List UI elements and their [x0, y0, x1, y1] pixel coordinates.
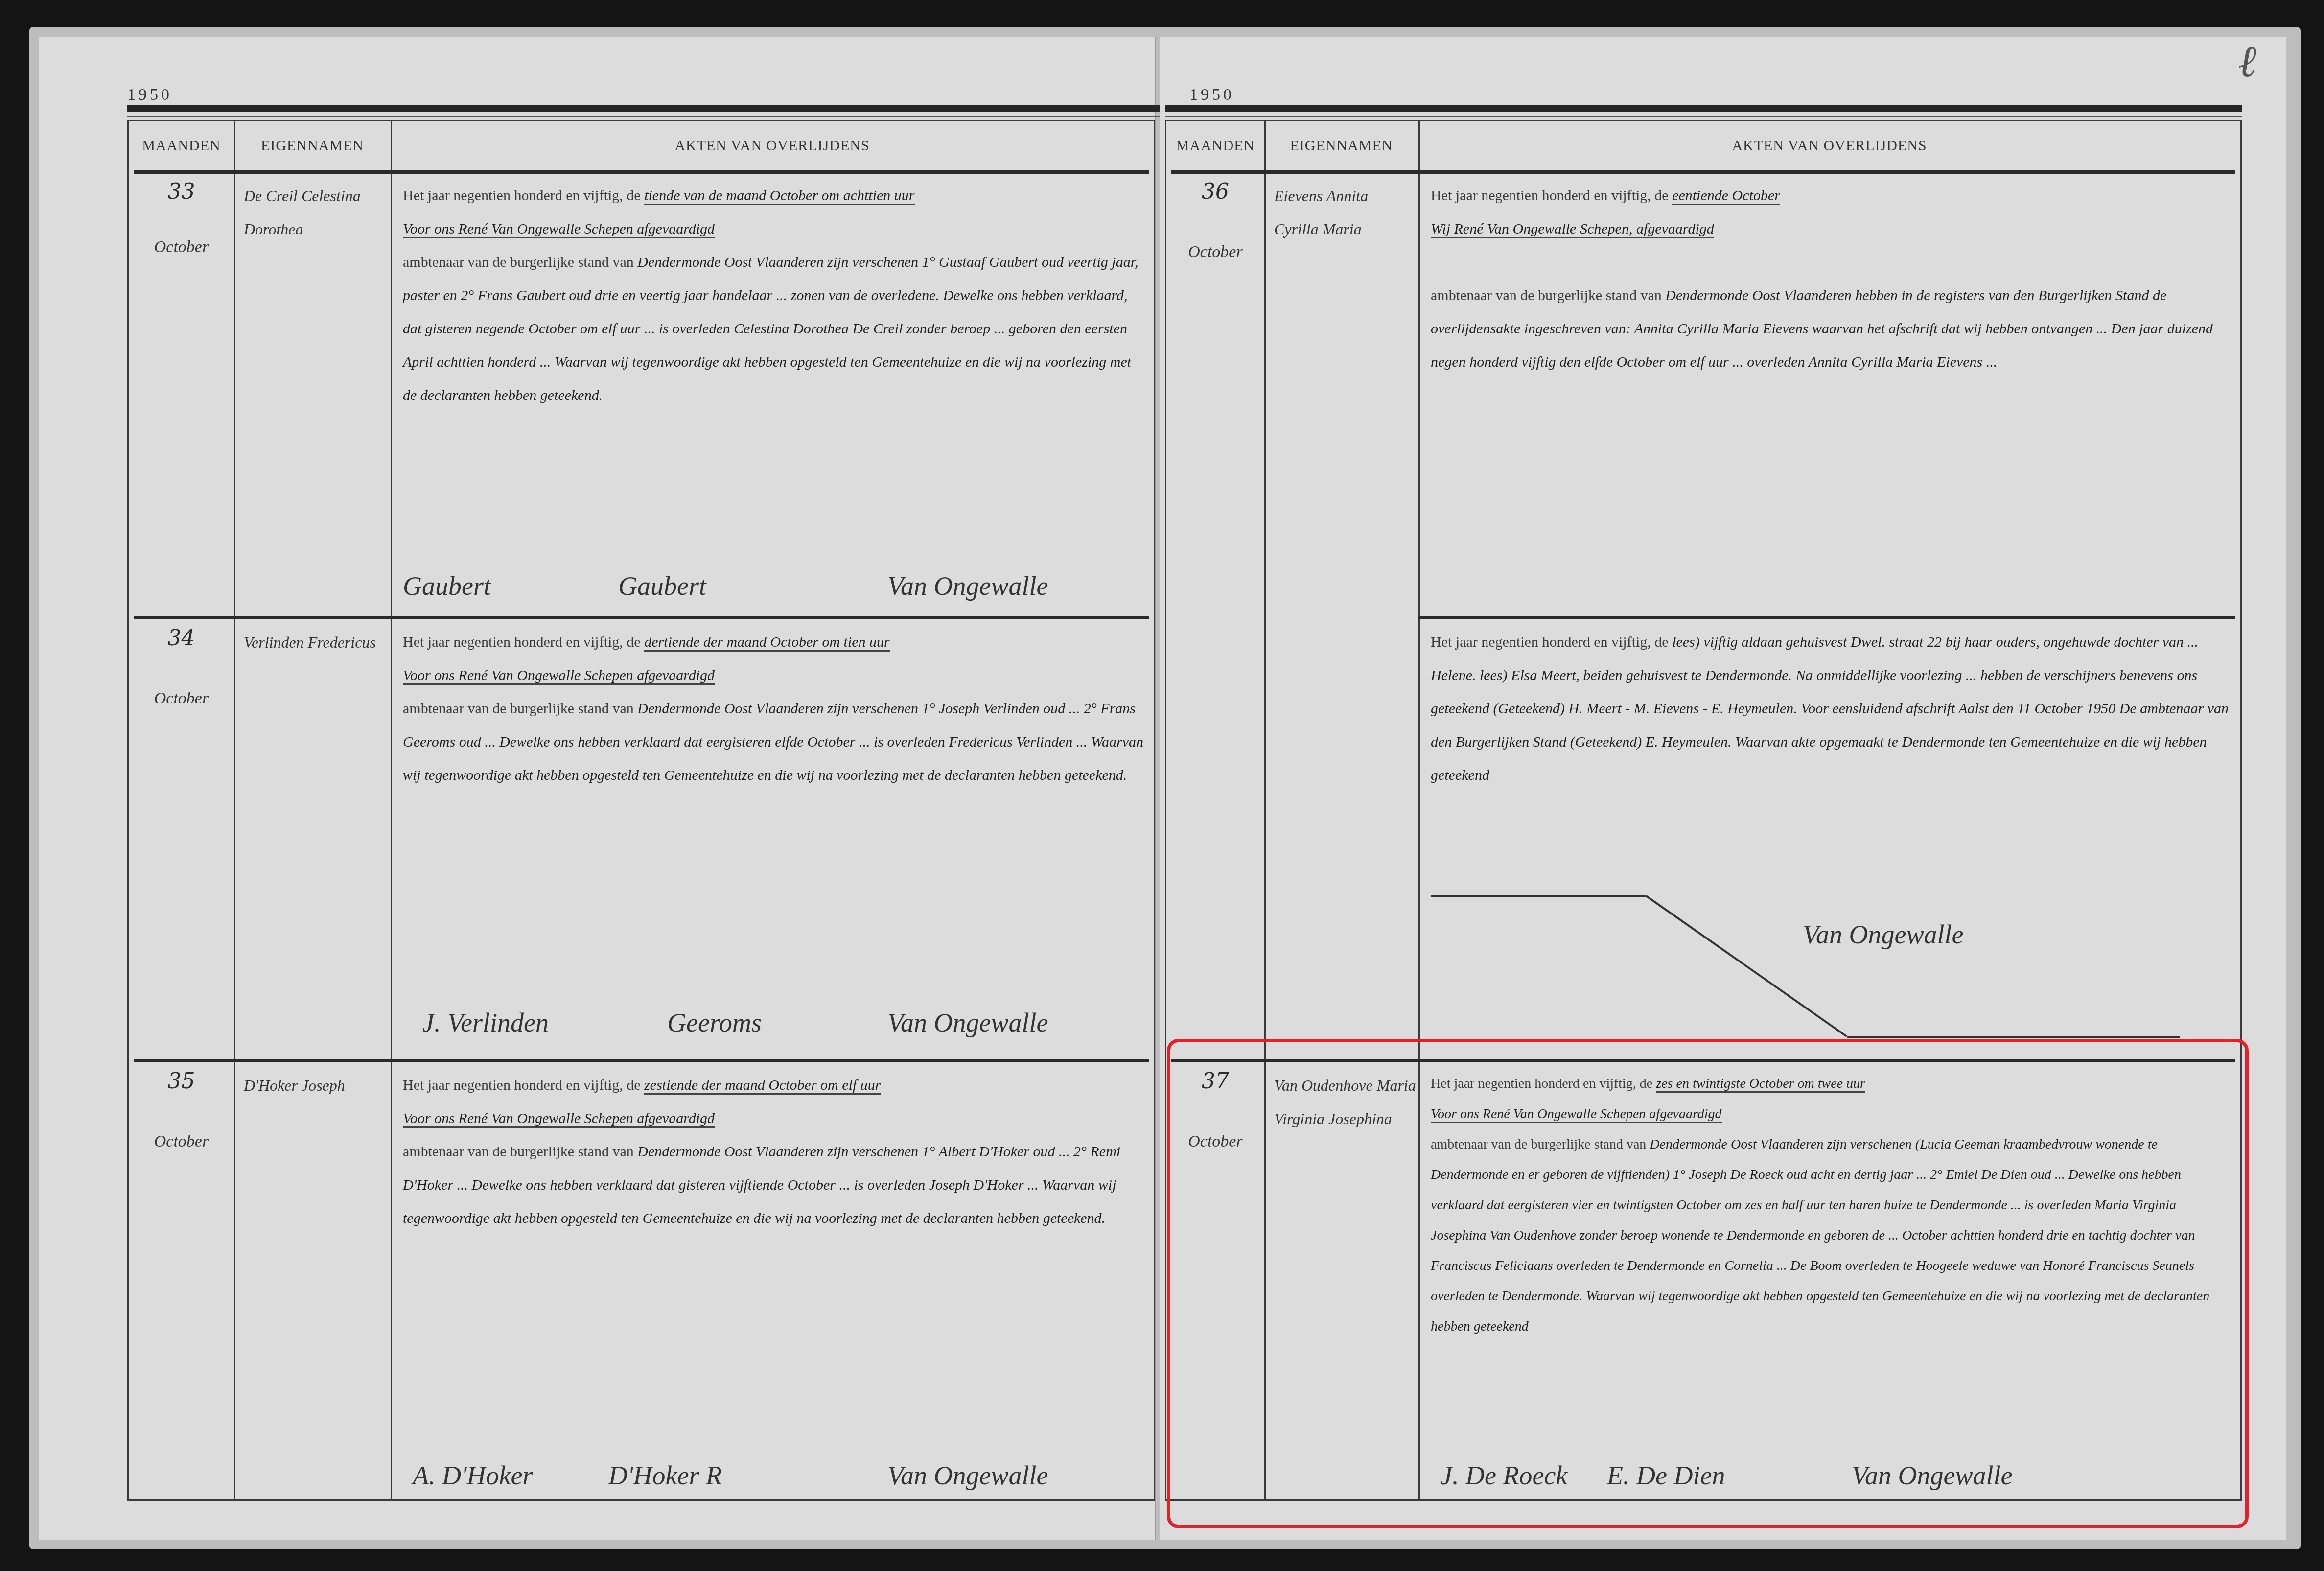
entry-record-text: Het jaar negentien honderd en vijftig, d… — [403, 626, 1144, 792]
header-names: EIGENNAMEN — [234, 121, 391, 170]
printed-official: ambtenaar van de burgerlijke stand van — [1431, 287, 1662, 304]
signature: Geeroms — [667, 1008, 762, 1038]
entry-number: 34 — [129, 626, 234, 651]
header-names: EIGENNAMEN — [1264, 121, 1418, 170]
strike-line — [1847, 1036, 2180, 1038]
signature: Gaubert — [618, 571, 706, 601]
entry-number: 36 — [1166, 179, 1264, 204]
signature: J. Verlinden — [422, 1008, 549, 1038]
record-entry-36: 36 October Eievens Annita Cyrilla Maria … — [1166, 174, 2240, 615]
printed-intro: Het jaar negentien honderd en vijftig, d… — [403, 188, 641, 204]
handwritten-official: Voor ons René Van Ongewalle Schepen afge… — [403, 221, 715, 238]
page-year: 1950 — [1189, 86, 1234, 104]
entry-month: October — [129, 1132, 234, 1151]
entry-name: De Creil Celestina Dorothea — [244, 179, 386, 246]
signature: Van Ongewalle — [1803, 919, 1963, 950]
entry-name: D'Hoker Joseph — [244, 1069, 386, 1102]
header-divider — [134, 170, 1149, 174]
printed-intro: Het jaar negentien honderd en vijftig, d… — [403, 634, 641, 650]
handwritten-date: dertiende der maand October om tien uur — [644, 634, 890, 652]
record-entry-33: 33 October De Creil Celestina Dorothea H… — [129, 174, 1154, 615]
signature: D'Hoker R — [608, 1460, 722, 1491]
entry-name: Verlinden Fredericus — [244, 626, 386, 659]
printed-official: ambtenaar van de burgerlijke stand van — [403, 1144, 634, 1160]
header-rule-thin — [127, 116, 1160, 117]
printed-intro: Het jaar negentien honderd en vijftig, d… — [1431, 188, 1669, 204]
handwritten-date: eentiende October — [1672, 188, 1780, 205]
entry-record-text: Het jaar negentien honderd en vijftig, d… — [403, 1069, 1144, 1235]
entry-name: Eievens Annita Cyrilla Maria — [1274, 179, 1416, 246]
entry-number: 33 — [129, 179, 234, 204]
signature: Gaubert — [403, 571, 491, 601]
signature: A. D'Hoker — [413, 1460, 533, 1491]
handwritten-official: Wij René Van Ongewalle Schepen, afgevaar… — [1431, 221, 1714, 238]
header-rule — [1165, 105, 2242, 112]
entry-record-text: Het jaar negentien honderd en vijftig, d… — [1431, 179, 2231, 379]
entry-divider — [1418, 616, 2235, 619]
header-rule-thin — [1165, 116, 2242, 117]
printed-official: ambtenaar van de burgerlijke stand van — [403, 254, 634, 270]
signature: Van Ongewalle — [887, 1008, 1048, 1038]
entry-number: 35 — [129, 1069, 234, 1094]
handwritten-body: Dendermonde Oost Vlaanderen zijn versche… — [403, 254, 1139, 403]
signature: Van Ongewalle — [887, 571, 1048, 601]
pencil-mark: ℓ — [2238, 37, 2257, 87]
entry-divider — [134, 616, 1149, 619]
left-page: 1950 MAANDEN EIGENNAMEN AKTEN VAN OVERLI… — [39, 37, 1156, 1540]
entry-month: October — [1166, 243, 1264, 261]
header-records: AKTEN VAN OVERLIJDENS — [391, 121, 1154, 170]
entry-divider — [134, 1059, 1149, 1062]
header-months: MAANDEN — [129, 121, 234, 170]
strike-line — [1431, 895, 1646, 897]
printed-intro: Het jaar negentien honderd en vijftig, d… — [1431, 634, 1669, 650]
page-year: 1950 — [127, 86, 172, 104]
continuation-record-text: Het jaar negentien honderd en vijftig, d… — [1431, 626, 2231, 792]
handwritten-official: Voor ons René Van Ongewalle Schepen afge… — [403, 1110, 715, 1128]
register-table: MAANDEN EIGENNAMEN AKTEN VAN OVERLIJDENS… — [127, 120, 1155, 1501]
printed-official: ambtenaar van de burgerlijke stand van — [403, 701, 634, 717]
signature: Van Ongewalle — [887, 1460, 1048, 1491]
header-rule — [127, 105, 1160, 112]
strike-line — [1646, 895, 1847, 1037]
header-months: MAANDEN — [1166, 121, 1264, 170]
entry-record-text: Het jaar negentien honderd en vijftig, d… — [403, 179, 1144, 412]
record-entry-34: 34 October Verlinden Fredericus Het jaar… — [129, 616, 1154, 1056]
record-entry-36-continuation: Het jaar negentien honderd en vijftig, d… — [1166, 616, 2240, 1105]
handwritten-body: lees) vijftig aldaan gehuisvest Dwel. st… — [1431, 634, 2229, 783]
header-divider — [1171, 170, 2235, 174]
handwritten-date: zestiende der maand October om elf uur — [644, 1077, 881, 1095]
printed-intro: Het jaar negentien honderd en vijftig, d… — [403, 1077, 641, 1093]
handwritten-date: tiende van de maand October om achttien … — [644, 188, 914, 205]
entry-month: October — [129, 238, 234, 257]
handwritten-official: Voor ons René Van Ongewalle Schepen afge… — [403, 667, 715, 685]
record-entry-35: 35 October D'Hoker Joseph Het jaar negen… — [129, 1059, 1154, 1509]
header-records: AKTEN VAN OVERLIJDENS — [1418, 121, 2240, 170]
highlight-box-entry-37 — [1167, 1039, 2249, 1528]
entry-month: October — [129, 689, 234, 708]
